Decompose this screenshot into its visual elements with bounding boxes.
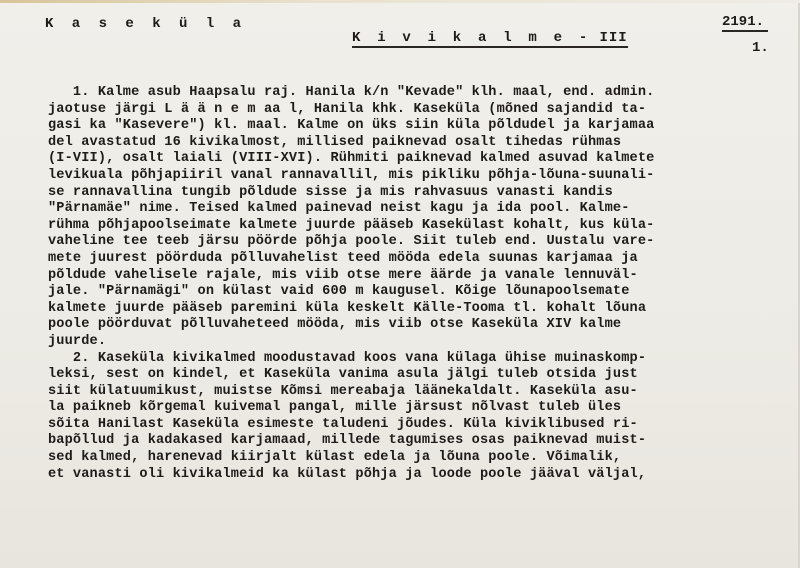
text-line: bapõllud ja kadakased karjamaad, millede…	[48, 433, 788, 450]
text-line: jaotuse järgi L ä ä n e m aa l, Hanila k…	[48, 102, 788, 119]
village-name: K a s e k ü l a	[45, 16, 246, 32]
card-title-roman: III	[599, 30, 627, 46]
text-line: 1. Kalme asub Haapsalu raj. Hanila k/n "…	[48, 85, 788, 102]
text-line: siit külatuumikust, muistse Kõmsi mereab…	[48, 384, 788, 401]
card-number: 2191.	[722, 14, 768, 32]
text-line: et vanasti oli kivikalmeid ka külast põh…	[48, 467, 788, 484]
text-line: 2. Kaseküla kivikalmed moodustavad koos …	[48, 351, 788, 368]
text-line: mete juurest pöörduda põlluvahelist teed…	[48, 251, 788, 268]
text-line: põldude vahelisele rajale, mis viib otse…	[48, 268, 788, 285]
text-line: rühma põhjapoolseimate kalmete juurde pä…	[48, 218, 788, 235]
archive-index-card: K a s e k ü l a K i v i k a l m e -III 2…	[0, 0, 800, 568]
text-line: jale. "Pärnamägi" on külast vaid 600 m k…	[48, 284, 788, 301]
text-line: se rannavallina tungib põldude sisse ja …	[48, 185, 788, 202]
text-line: sõita Hanilast Kaseküla esimeste taluden…	[48, 417, 788, 434]
text-line: del avastatud 16 kivikalmost, millised p…	[48, 135, 788, 152]
text-line: gasi ka "Kasevere") kl. maal. Kalme on ü…	[48, 118, 788, 135]
card-title: K i v i k a l m e -III	[352, 30, 628, 48]
text-line: "Pärnamäe" nime. Teised kalmed painevad …	[48, 201, 788, 218]
text-line: (I-VII), osalt laiali (VIII-XVI). Rühmit…	[48, 151, 788, 168]
text-line: juurde.	[48, 334, 788, 351]
page-number: 1.	[752, 40, 769, 56]
text-line: levikuala põhjapiiril vanal rannavallil,…	[48, 168, 788, 185]
text-line: poole pöörduvat põlluvaheteed mööda, mis…	[48, 317, 788, 334]
text-line: kalmete juurde pääseb paremini küla kesk…	[48, 301, 788, 318]
typewritten-body: 1. Kalme asub Haapsalu raj. Hanila k/n "…	[48, 85, 788, 483]
text-line: sed kalmed, harenevad kiirjalt külast ed…	[48, 450, 788, 467]
text-line: la paikneb kõrgemal kuivemal pangal, mil…	[48, 400, 788, 417]
card-edge	[0, 0, 800, 3]
card-title-text: K i v i k a l m e -	[352, 30, 591, 46]
text-line: leksi, sest on kindel, et Kaseküla vanim…	[48, 367, 788, 384]
text-line: vaheline tee teeb järsu pöörde põhja poo…	[48, 234, 788, 251]
